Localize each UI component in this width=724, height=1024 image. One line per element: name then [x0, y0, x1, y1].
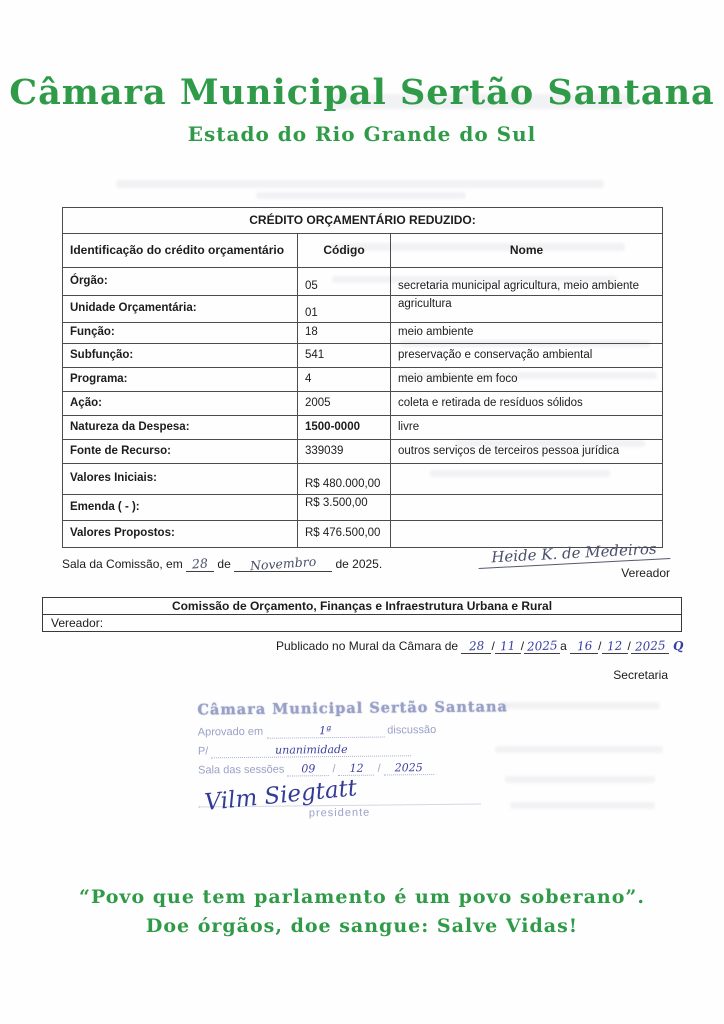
bleedthrough-artifact [505, 776, 655, 783]
secretaria-label: Secretaria [613, 668, 668, 682]
stamp-aprovado-line: Aprovado em 1ª discussão [198, 724, 480, 740]
approval-stamp: Câmara Municipal Sertão Santana Aprovado… [197, 699, 480, 821]
row-code: 05 [298, 268, 391, 296]
motto-line-1: “Povo que tem parlamento é um povo sober… [0, 886, 724, 908]
councilman-signature-block: Heide K. de Medeiros Vereador [478, 544, 670, 580]
column-header-identificacao: Identificação do crédito orçamentário [63, 234, 298, 268]
row-label: Fonte de Recurso: [63, 440, 298, 464]
sessoes-year-blank: 2025 [384, 762, 434, 776]
table-row: Função: 18 meio ambiente [63, 323, 663, 344]
stamp-por-line: P/ unanimidade [198, 743, 480, 759]
slash: / [378, 763, 381, 775]
bleedthrough-artifact [256, 192, 466, 199]
aprovado-blank: 1ª [266, 725, 384, 739]
row-name: livre [391, 416, 663, 440]
row-code: 541 [298, 344, 391, 368]
row-code: 1500-0000 [298, 416, 391, 440]
bleedthrough-artifact [510, 802, 655, 809]
handwritten-from-year: 2025 [527, 639, 558, 653]
bleedthrough-artifact [116, 180, 604, 188]
from-year-blank: 2025 [524, 640, 560, 654]
row-label: Subfunção: [63, 344, 298, 368]
handwritten-from-day: 28 [469, 640, 485, 653]
row-code: 2005 [298, 392, 391, 416]
por-prefix: P/ [198, 745, 209, 757]
row-label: Programa: [63, 368, 298, 392]
row-name [391, 495, 663, 521]
row-name: meio ambiente [391, 323, 663, 344]
row-label: Unidade Orçamentária: [63, 296, 298, 323]
row-name: preservação e conservação ambiental [391, 344, 663, 368]
slash: / [332, 763, 335, 775]
from-month-blank: 11 [495, 640, 521, 654]
scanned-document-page: Câmara Municipal Sertão Santana Estado d… [0, 0, 724, 1024]
row-label: Valores Iniciais: [63, 464, 298, 495]
publication-line: Publicado no Mural da Câmara de 28/11/20… [276, 639, 683, 654]
handwritten-unanimidade: unanimidade [275, 743, 348, 757]
row-label: Emenda ( - ): [63, 495, 298, 521]
letterhead-title: Câmara Municipal Sertão Santana [0, 74, 724, 113]
commission-vereador-row: Vereador: [43, 615, 681, 631]
handwritten-sessoes-day: 09 [301, 762, 315, 775]
table-row: Órgão: 05 secretaria municipal agricultu… [63, 268, 663, 296]
aprovado-suffix: discussão [387, 724, 436, 737]
handwritten-to-year: 2025 [634, 639, 665, 653]
sala-suffix: de 2025. [335, 557, 382, 571]
row-code: 18 [298, 323, 391, 344]
row-name [391, 464, 663, 495]
sessoes-month-blank: 12 [339, 763, 375, 776]
row-name: outros serviços de terceiros pessoa jurí… [391, 440, 663, 464]
handwritten-signature: Heide K. de Medeiros [478, 539, 671, 569]
to-day-blank: 16 [570, 640, 598, 654]
row-name: coleta e retirada de resíduos sólidos [391, 392, 663, 416]
sessoes-day-blank: 09 [287, 763, 329, 776]
footer-mottos: “Povo que tem parlamento é um povo sober… [0, 886, 724, 937]
signature-role: Vereador [478, 566, 670, 580]
handwritten-sessoes-month: 12 [349, 762, 363, 775]
row-label: Ação: [63, 392, 298, 416]
handwritten-day: 28 [192, 557, 209, 571]
row-code: R$ 476.500,00 [298, 521, 391, 548]
president-signature-line: Vilm Siegtatt [198, 781, 480, 808]
motto-line-2: Doe órgãos, doe sangue: Salve Vidas! [0, 915, 724, 937]
bleedthrough-artifact [500, 702, 660, 709]
commission-box: Comissão de Orçamento, Finanças e Infrae… [42, 597, 682, 632]
handwritten-discussao-number: 1ª [319, 724, 331, 737]
table-row: Unidade Orçamentária: 01 agricultura [63, 296, 663, 323]
handwritten-rubric: Q [673, 639, 684, 654]
table-row: Valores Iniciais: R$ 480.000,00 [63, 464, 663, 495]
row-label: Valores Propostos: [63, 521, 298, 548]
sala-de: de [217, 557, 230, 571]
stamp-title: Câmara Municipal Sertão Santana [197, 699, 479, 719]
table-row: Emenda ( - ): R$ 3.500,00 [63, 495, 663, 521]
por-blank: unanimidade [211, 743, 411, 758]
bleedthrough-artifact [495, 746, 663, 753]
row-label: Natureza da Despesa: [63, 416, 298, 440]
table-row: Ação: 2005 coleta e retirada de resíduos… [63, 392, 663, 416]
handwritten-to-day: 16 [576, 640, 592, 653]
table-row: Fonte de Recurso: 339039 outros serviços… [63, 440, 663, 464]
handwritten-sessoes-year: 2025 [395, 761, 423, 774]
row-code: 01 [298, 296, 391, 323]
table-row: Subfunção: 541 preservação e conservação… [63, 344, 663, 368]
sala-prefix: Sala da Comissão, em [62, 557, 183, 571]
row-name: meio ambiente em foco [391, 368, 663, 392]
publication-prefix: Publicado no Mural da Câmara de [276, 639, 458, 653]
sessoes-prefix: Sala das sessões [198, 764, 284, 777]
row-label: Função: [63, 323, 298, 344]
row-code: R$ 3.500,00 [298, 495, 391, 521]
row-code: 4 [298, 368, 391, 392]
table-row: Natureza da Despesa: 1500-0000 livre [63, 416, 663, 440]
month-blank: Novembro [234, 558, 332, 572]
handwritten-to-month: 12 [607, 640, 623, 653]
row-name: secretaria municipal agricultura, meio a… [391, 268, 663, 296]
handwritten-from-month: 11 [500, 640, 516, 653]
table-title: CRÉDITO ORÇAMENTÁRIO REDUZIDO: [63, 208, 663, 234]
handwritten-month: Novembro [250, 556, 317, 573]
day-blank: 28 [186, 558, 214, 572]
publication-separator: a [560, 639, 567, 653]
to-month-blank: 12 [602, 640, 628, 654]
column-header-nome: Nome [391, 234, 663, 268]
letterhead-subtitle: Estado do Rio Grande do Sul [0, 122, 724, 146]
from-day-blank: 28 [461, 640, 491, 654]
row-code: 339039 [298, 440, 391, 464]
to-year-blank: 2025 [631, 640, 669, 654]
commission-title: Comissão de Orçamento, Finanças e Infrae… [43, 598, 681, 615]
row-code: R$ 480.000,00 [298, 464, 391, 495]
committee-date-line: Sala da Comissão, em 28 de Novembro de 2… [62, 557, 382, 572]
budget-credit-table: CRÉDITO ORÇAMENTÁRIO REDUZIDO: Identific… [62, 207, 663, 548]
letterhead: Câmara Municipal Sertão Santana Estado d… [0, 74, 724, 146]
stamp-sessoes-line: Sala das sessões 09 / 12 / 2025 [198, 762, 480, 778]
column-header-codigo: Código [298, 234, 391, 268]
row-name: agricultura [391, 296, 663, 323]
table-row: Programa: 4 meio ambiente em foco [63, 368, 663, 392]
aprovado-prefix: Aprovado em [198, 726, 264, 739]
row-label: Órgão: [63, 268, 298, 296]
